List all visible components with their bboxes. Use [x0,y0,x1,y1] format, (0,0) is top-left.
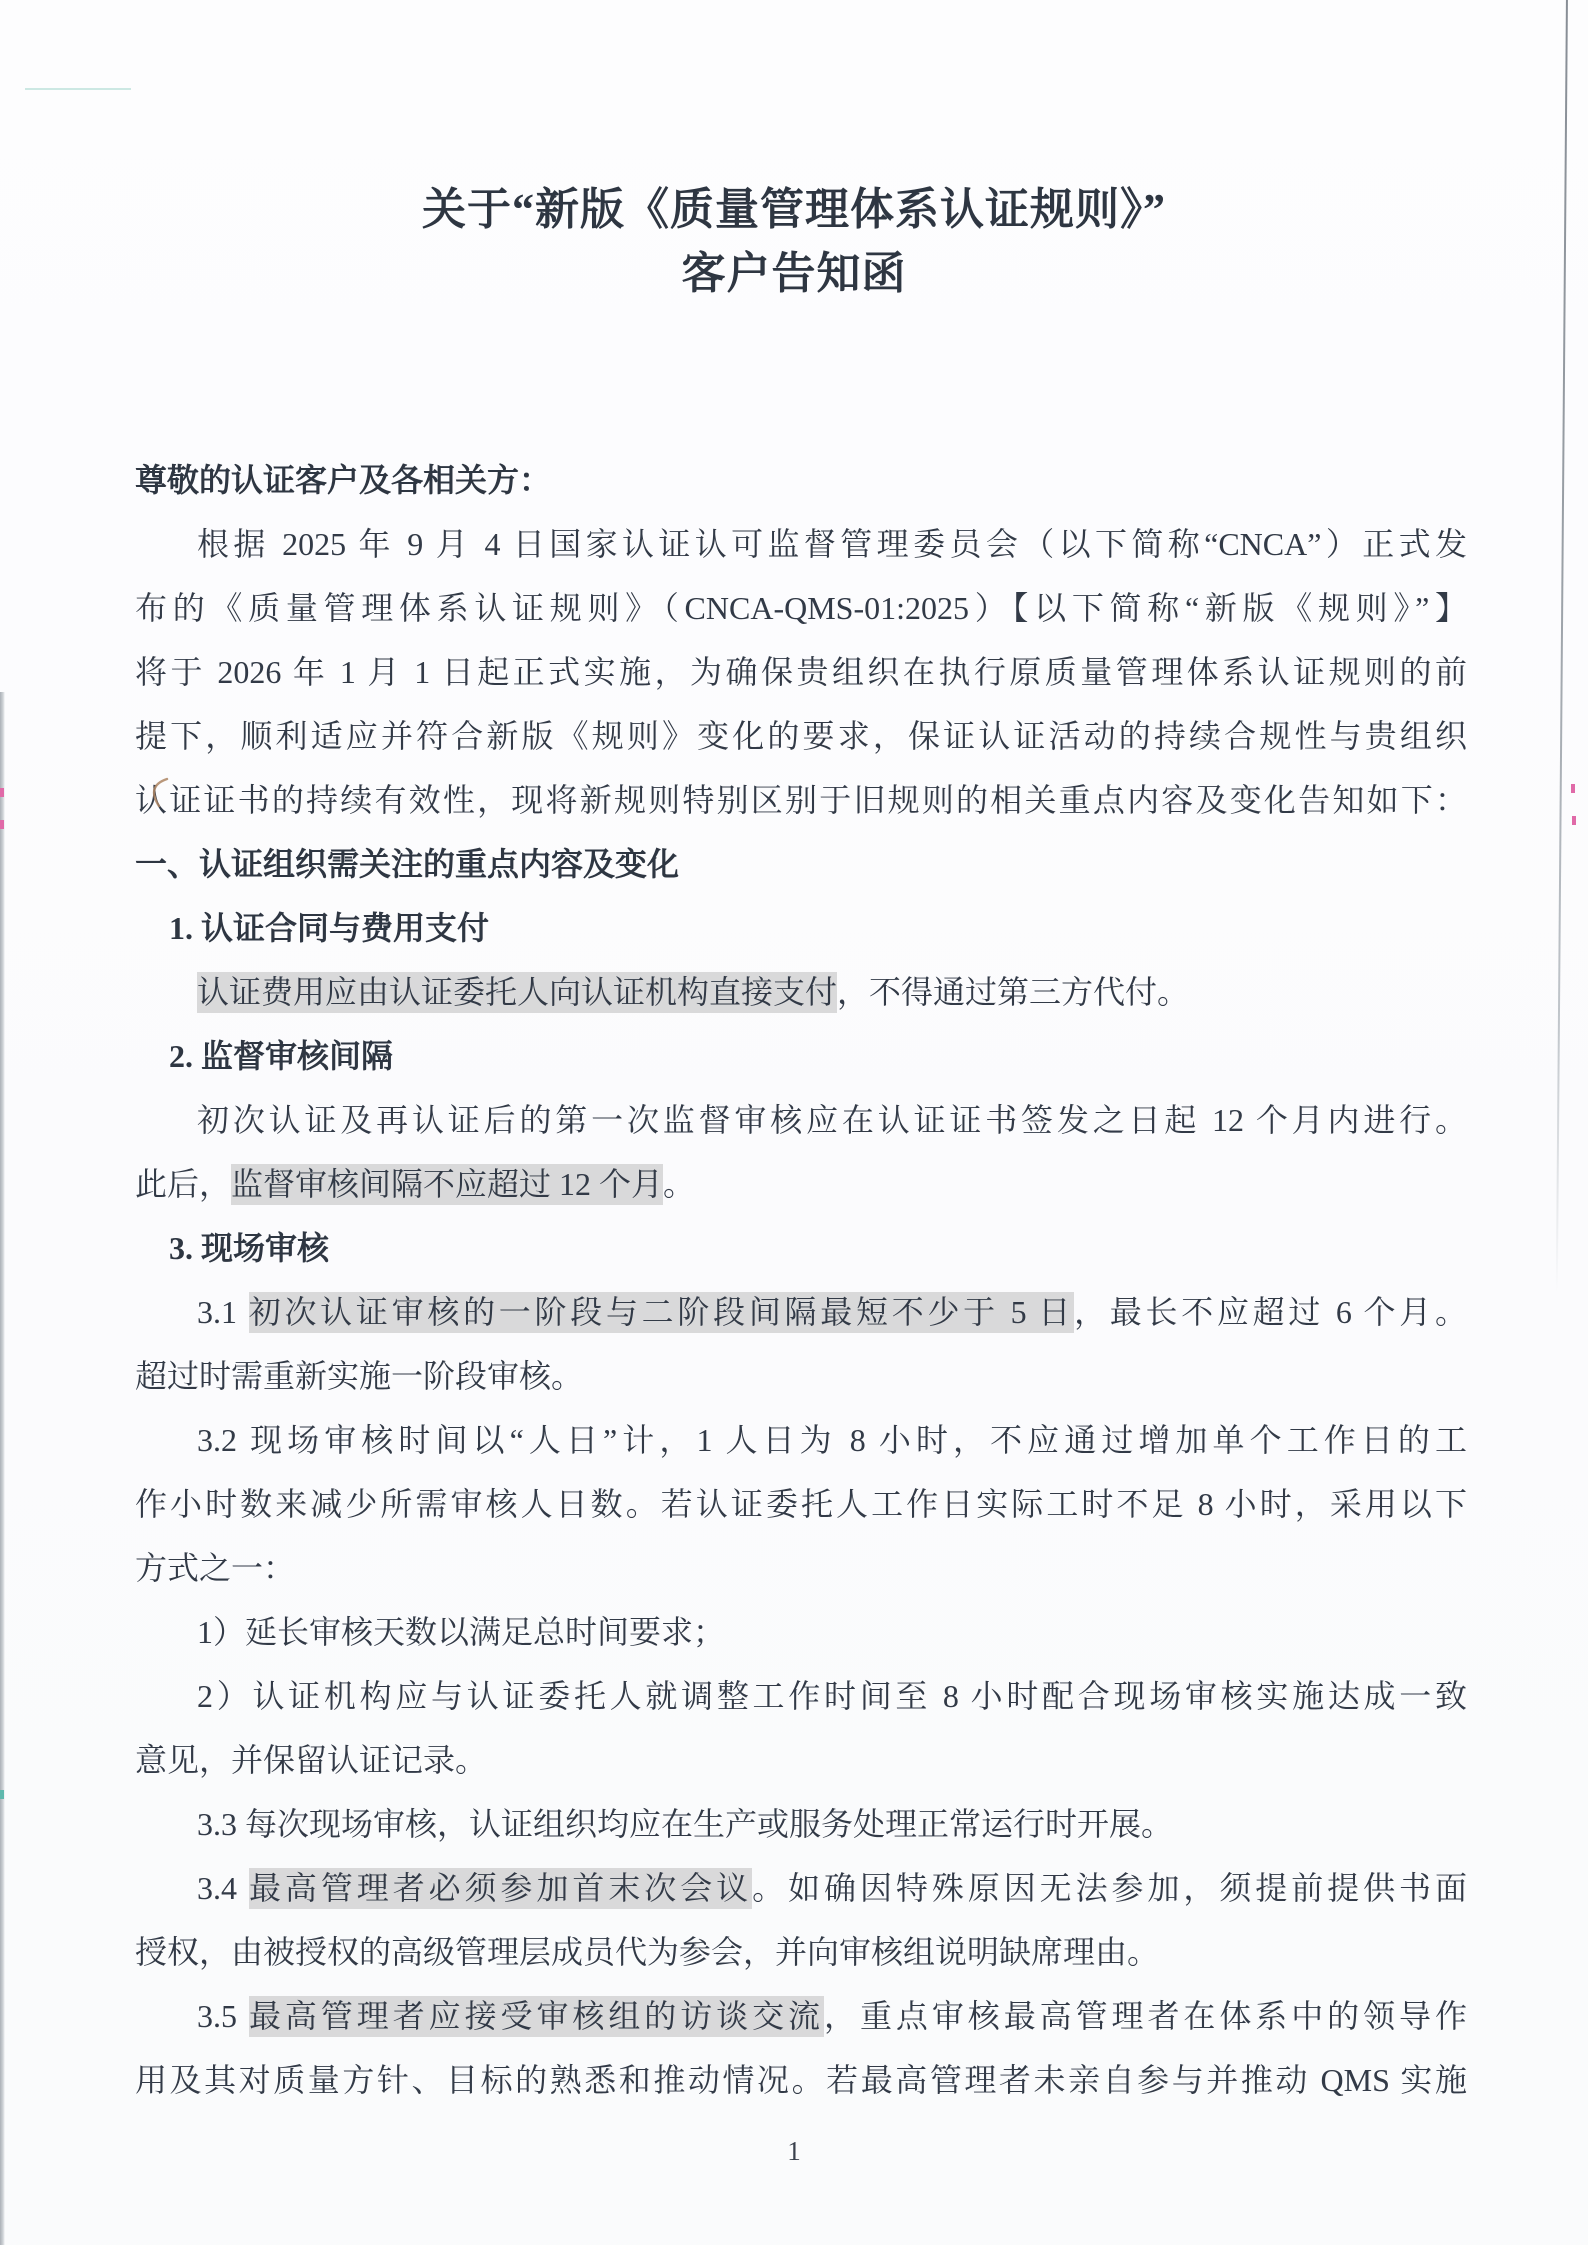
text-segment: 3.3 每次现场审核，认证组织均应在生产或服务处理正常运行时开展。 [197,1806,1173,1842]
text-line: 此后，监督审核间隔不应超过 12 个月。 [135,1152,1467,1216]
text-segment: 认证证书的持续有效性，现将新规则特别区别于旧规则的相关重点内容及变化告知如下： [135,782,1467,818]
text-segment: 初次认证及再认证后的第一次监督审核应在认证证书签发之日起 12 个月内进行。 [197,1102,1467,1138]
text-line: 用及其对质量方针、目标的熟悉和推动情况。若最高管理者未亲自参与并推动 QMS 实… [135,2048,1467,2112]
scan-mark-pink [0,820,4,829]
text-line: 3.2 现场审核时间以“人日”计，1 人日为 8 小时，不应通过增加单个工作日的… [135,1408,1467,1472]
text-segment: 用及其对质量方针、目标的熟悉和推动情况。若最高管理者未亲自参与并推动 QMS 实… [135,2062,1467,2098]
text-line: 意见，并保留认证记录。 [135,1728,1467,1792]
text-line: 1）延长审核天数以满足总时间要求； [135,1600,1467,1664]
text-segment: 尊敬的认证客户及各相关方： [135,462,551,498]
text-line: 超过时需重新实施一阶段审核。 [135,1344,1467,1408]
text-line: 作小时数来减少所需审核人日数。若认证委托人工作日实际工时不足 8 小时，采用以下 [135,1472,1467,1536]
text-segment: 1. 认证合同与费用支付 [169,910,489,946]
text-line: 授权，由被授权的高级管理层成员代为参会，并向审核组说明缺席理由。 [135,1920,1467,1984]
text-segment: 根据 2025 年 9 月 4 日国家认证认可监督管理委员会（以下简称“CNCA… [197,526,1467,562]
highlighted-text: 认证费用应由认证委托人向认证机构直接支付 [197,974,837,1010]
highlighted-text: 监督审核间隔不应超过 12 个月 [231,1166,663,1202]
text-line: 2）认证机构应与认证委托人就调整工作时间至 8 小时配合现场审核实施达成一致 [135,1664,1467,1728]
heading-line: 一、认证组织需关注的重点内容及变化 [135,832,1467,896]
text-segment: 超过时需重新实施一阶段审核。 [135,1358,583,1394]
text-segment: 。如确因特殊原因无法参加，须提前提供书面 [752,1870,1467,1906]
text-segment: 此后， [135,1166,231,1202]
text-line: 3.1 初次认证审核的一阶段与二阶段间隔最短不少于 5 日，最长不应超过 6 个… [135,1280,1467,1344]
pen-check-mark [143,776,173,815]
document-page: 关于“新版《质量管理体系认证规则》” 客户告知函 尊敬的认证客户及各相关方：根据… [0,0,1588,2245]
scan-line-teal [25,88,131,90]
text-segment: 一、认证组织需关注的重点内容及变化 [135,846,679,882]
heading-line: 1. 认证合同与费用支付 [135,896,1467,960]
text-segment: 3. 现场审核 [169,1230,329,1266]
text-segment: 3.1 [197,1294,249,1330]
text-line: 提下，顺利适应并符合新版《规则》变化的要求，保证认证活动的持续合规性与贵组织 [135,704,1467,768]
scan-mark-teal [0,1790,4,1799]
title-line-1: 关于“新版《质量管理体系认证规则》” [0,178,1588,242]
text-segment: 3.5 [197,1998,249,2034]
pen-check-mark-icon [143,776,173,810]
text-line: 方式之一： [135,1536,1467,1600]
highlighted-text: 最高管理者应接受审核组的访谈交流 [249,1998,824,2034]
text-line: 认证证书的持续有效性，现将新规则特别区别于旧规则的相关重点内容及变化告知如下： [135,768,1467,832]
text-segment: 授权，由被授权的高级管理层成员代为参会，并向审核组说明缺席理由。 [135,1934,1159,1970]
text-line: 3.3 每次现场审核，认证组织均应在生产或服务处理正常运行时开展。 [135,1792,1467,1856]
highlighted-text: 最高管理者必须参加首末次会议 [249,1870,752,1906]
text-segment: 方式之一： [135,1550,295,1586]
text-line: 初次认证及再认证后的第一次监督审核应在认证证书签发之日起 12 个月内进行。 [135,1088,1467,1152]
text-segment: 作小时数来减少所需审核人日数。若认证委托人工作日实际工时不足 8 小时，采用以下 [135,1486,1467,1522]
text-segment: 3.2 现场审核时间以“人日”计，1 人日为 8 小时，不应通过增加单个工作日的… [197,1422,1467,1458]
text-line: 根据 2025 年 9 月 4 日国家认证认可监督管理委员会（以下简称“CNCA… [135,512,1467,576]
page-title: 关于“新版《质量管理体系认证规则》” 客户告知函 [0,178,1588,306]
heading-line: 3. 现场审核 [135,1216,1467,1280]
text-line: 将于 2026 年 1 月 1 日起正式实施，为确保贵组织在执行原质量管理体系认… [135,640,1467,704]
text-segment: 提下，顺利适应并符合新版《规则》变化的要求，保证认证活动的持续合规性与贵组织 [135,718,1467,754]
text-line: 3.5 最高管理者应接受审核组的访谈交流，重点审核最高管理者在体系中的领导作 [135,1984,1467,2048]
text-line: 布的《质量管理体系认证规则》（CNCA-QMS-01:2025）【以下简称“新版… [135,576,1467,640]
text-line: 认证费用应由认证委托人向认证机构直接支付，不得通过第三方代付。 [135,960,1467,1024]
text-segment: 2）认证机构应与认证委托人就调整工作时间至 8 小时配合现场审核实施达成一致 [197,1678,1467,1714]
highlighted-text: 初次认证审核的一阶段与二阶段间隔最短不少于 5 日 [249,1294,1074,1330]
title-line-2: 客户告知函 [0,242,1588,306]
text-segment: ，重点审核最高管理者在体系中的领导作 [824,1998,1467,2034]
text-segment: 意见，并保留认证记录。 [135,1742,487,1778]
scan-mark-pink [1571,784,1575,793]
heading-line: 2. 监督审核间隔 [135,1024,1467,1088]
text-segment: 1）延长审核天数以满足总时间要求； [197,1614,725,1650]
text-line: 3.4 最高管理者必须参加首末次会议。如确因特殊原因无法参加，须提前提供书面 [135,1856,1467,1920]
heading-line: 尊敬的认证客户及各相关方： [135,448,1467,512]
text-segment: 。 [663,1166,695,1202]
text-segment: 2. 监督审核间隔 [169,1038,393,1074]
text-segment: ，最长不应超过 6 个月。 [1074,1294,1467,1330]
text-segment: 3.4 [197,1870,249,1906]
text-segment: 布的《质量管理体系认证规则》（CNCA-QMS-01:2025）【以下简称“新版… [135,590,1467,626]
scan-mark-pink [1572,816,1576,825]
page-number: 1 [0,2136,1588,2167]
text-segment: 将于 2026 年 1 月 1 日起正式实施，为确保贵组织在执行原质量管理体系认… [135,654,1467,690]
text-segment: ，不得通过第三方代付。 [837,974,1189,1010]
scan-edge-left [0,692,5,2245]
document-body: 尊敬的认证客户及各相关方：根据 2025 年 9 月 4 日国家认证认可监督管理… [135,448,1467,2112]
scan-mark-pink [0,788,4,797]
